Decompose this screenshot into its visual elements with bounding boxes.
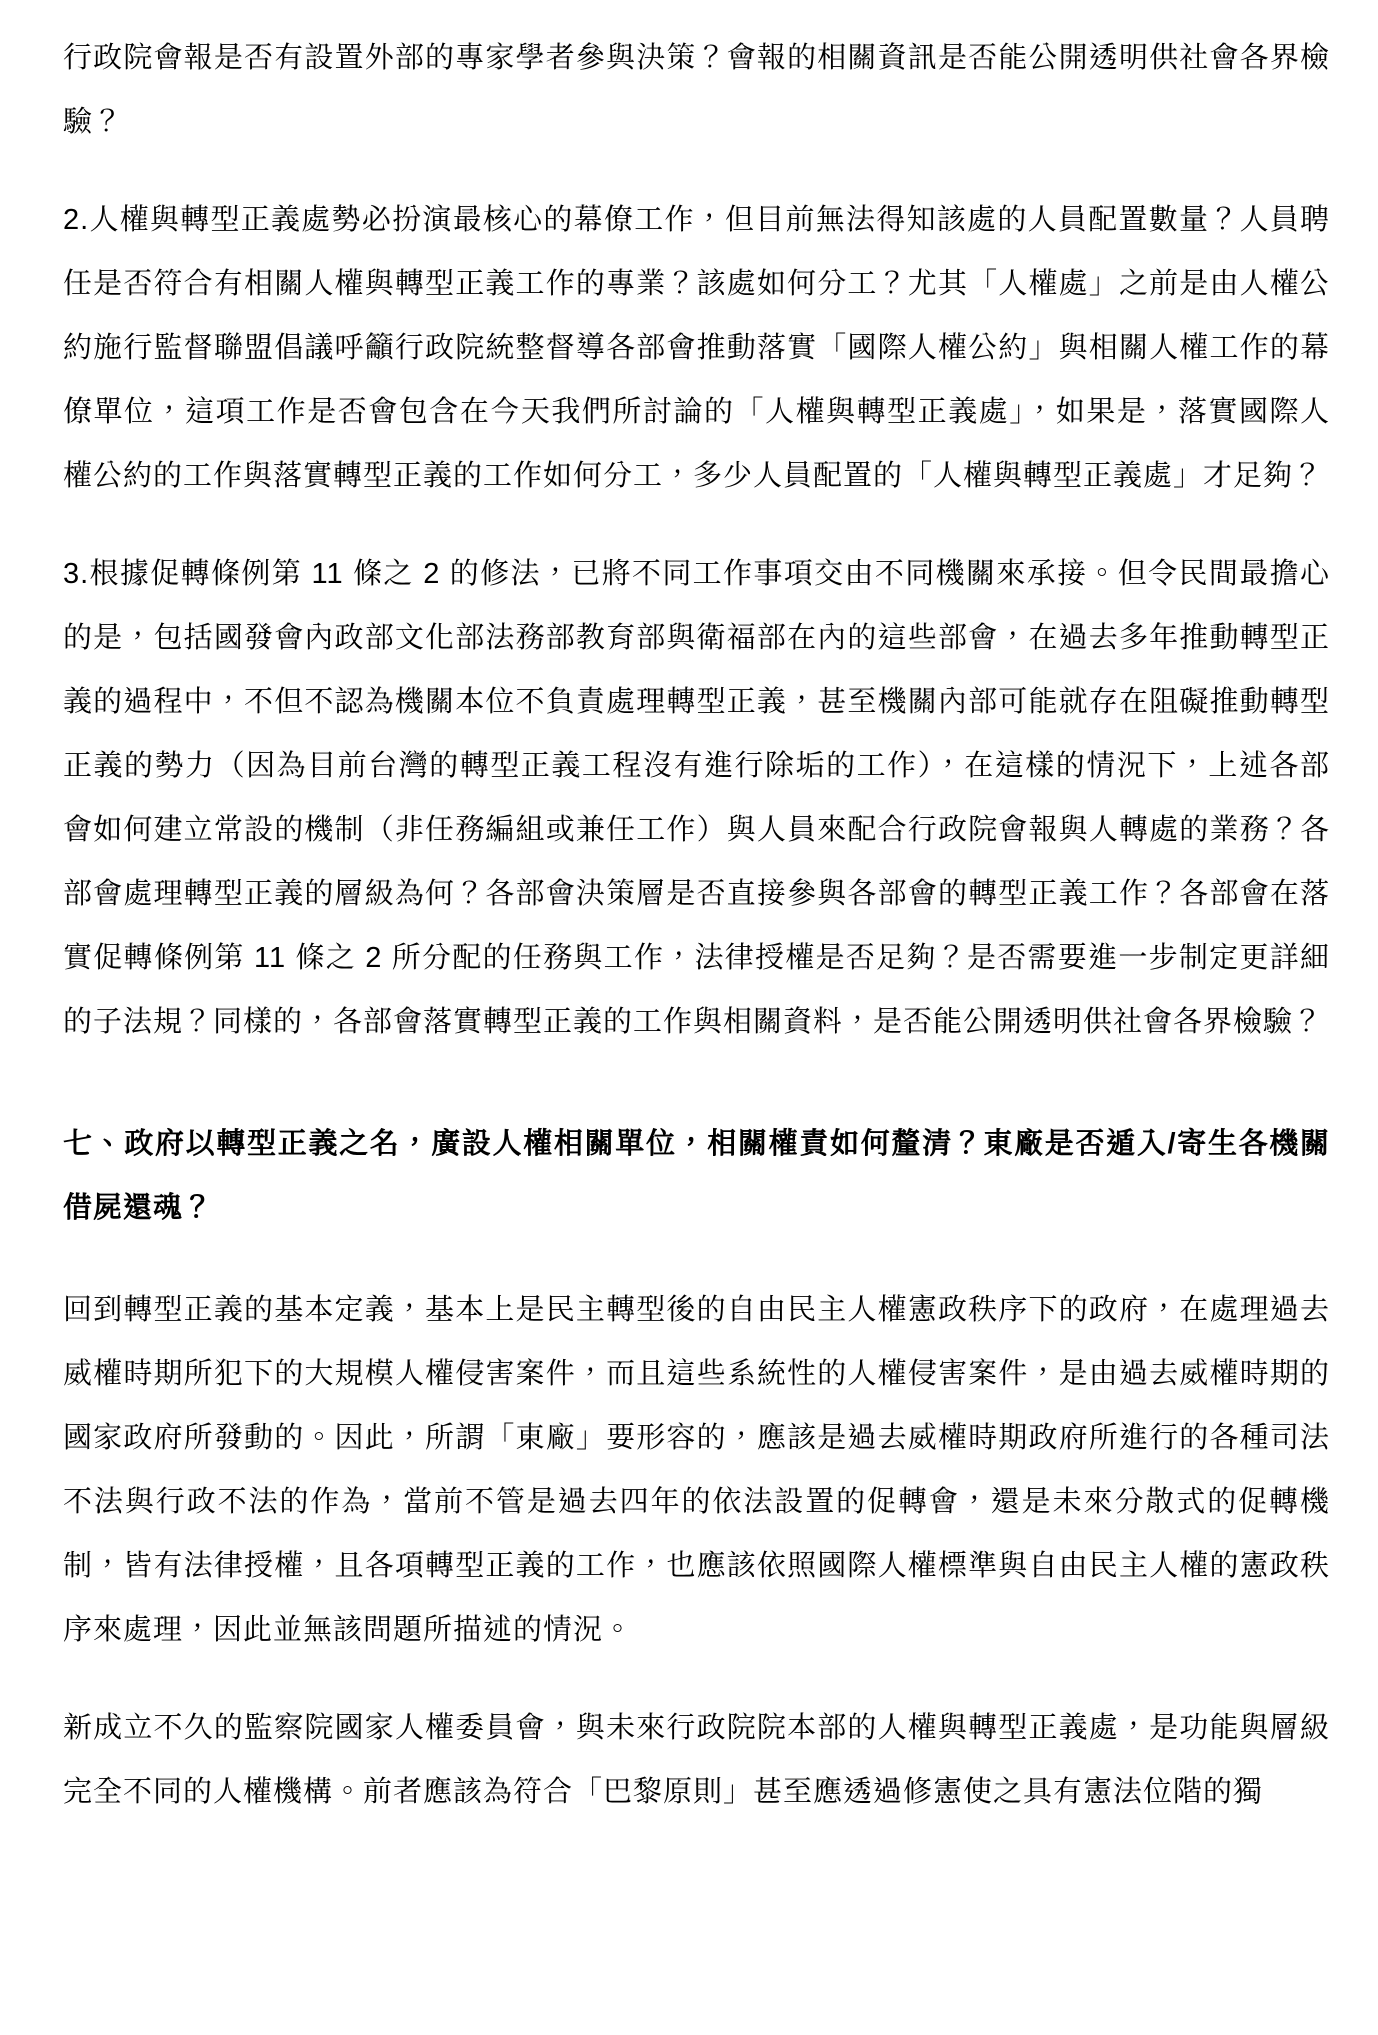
paragraph-question-2-staffing: 2.人權與轉型正義處勢必扮演最核心的幕僚工作，但目前無法得知該處的人員配置數量？… (63, 188, 1330, 508)
document-page: 行政院會報是否有設置外部的專家學者參與決策？會報的相關資訊是否能公開透明供社會各… (0, 0, 1378, 2035)
paragraph-answer-institutions: 新成立不久的監察院國家人權委員會，與未來行政院院本部的人權與轉型正義處，是功能與… (63, 1696, 1330, 1824)
paragraph-question-1-followup: 行政院會報是否有設置外部的專家學者參與決策？會報的相關資訊是否能公開透明供社會各… (63, 26, 1330, 154)
paragraph-question-3-agencies: 3.根據促轉條例第 11 條之 2 的修法，已將不同工作事項交由不同機關來承接。… (63, 542, 1330, 1054)
paragraph-answer-definition: 回到轉型正義的基本定義，基本上是民主轉型後的自由民主人權憲政秩序下的政府，在處理… (63, 1278, 1330, 1662)
section-heading-topic-7: 七、政府以轉型正義之名，廣設人權相關單位，相關權責如何釐清？東廠是否遁入/寄生各… (63, 1112, 1330, 1240)
